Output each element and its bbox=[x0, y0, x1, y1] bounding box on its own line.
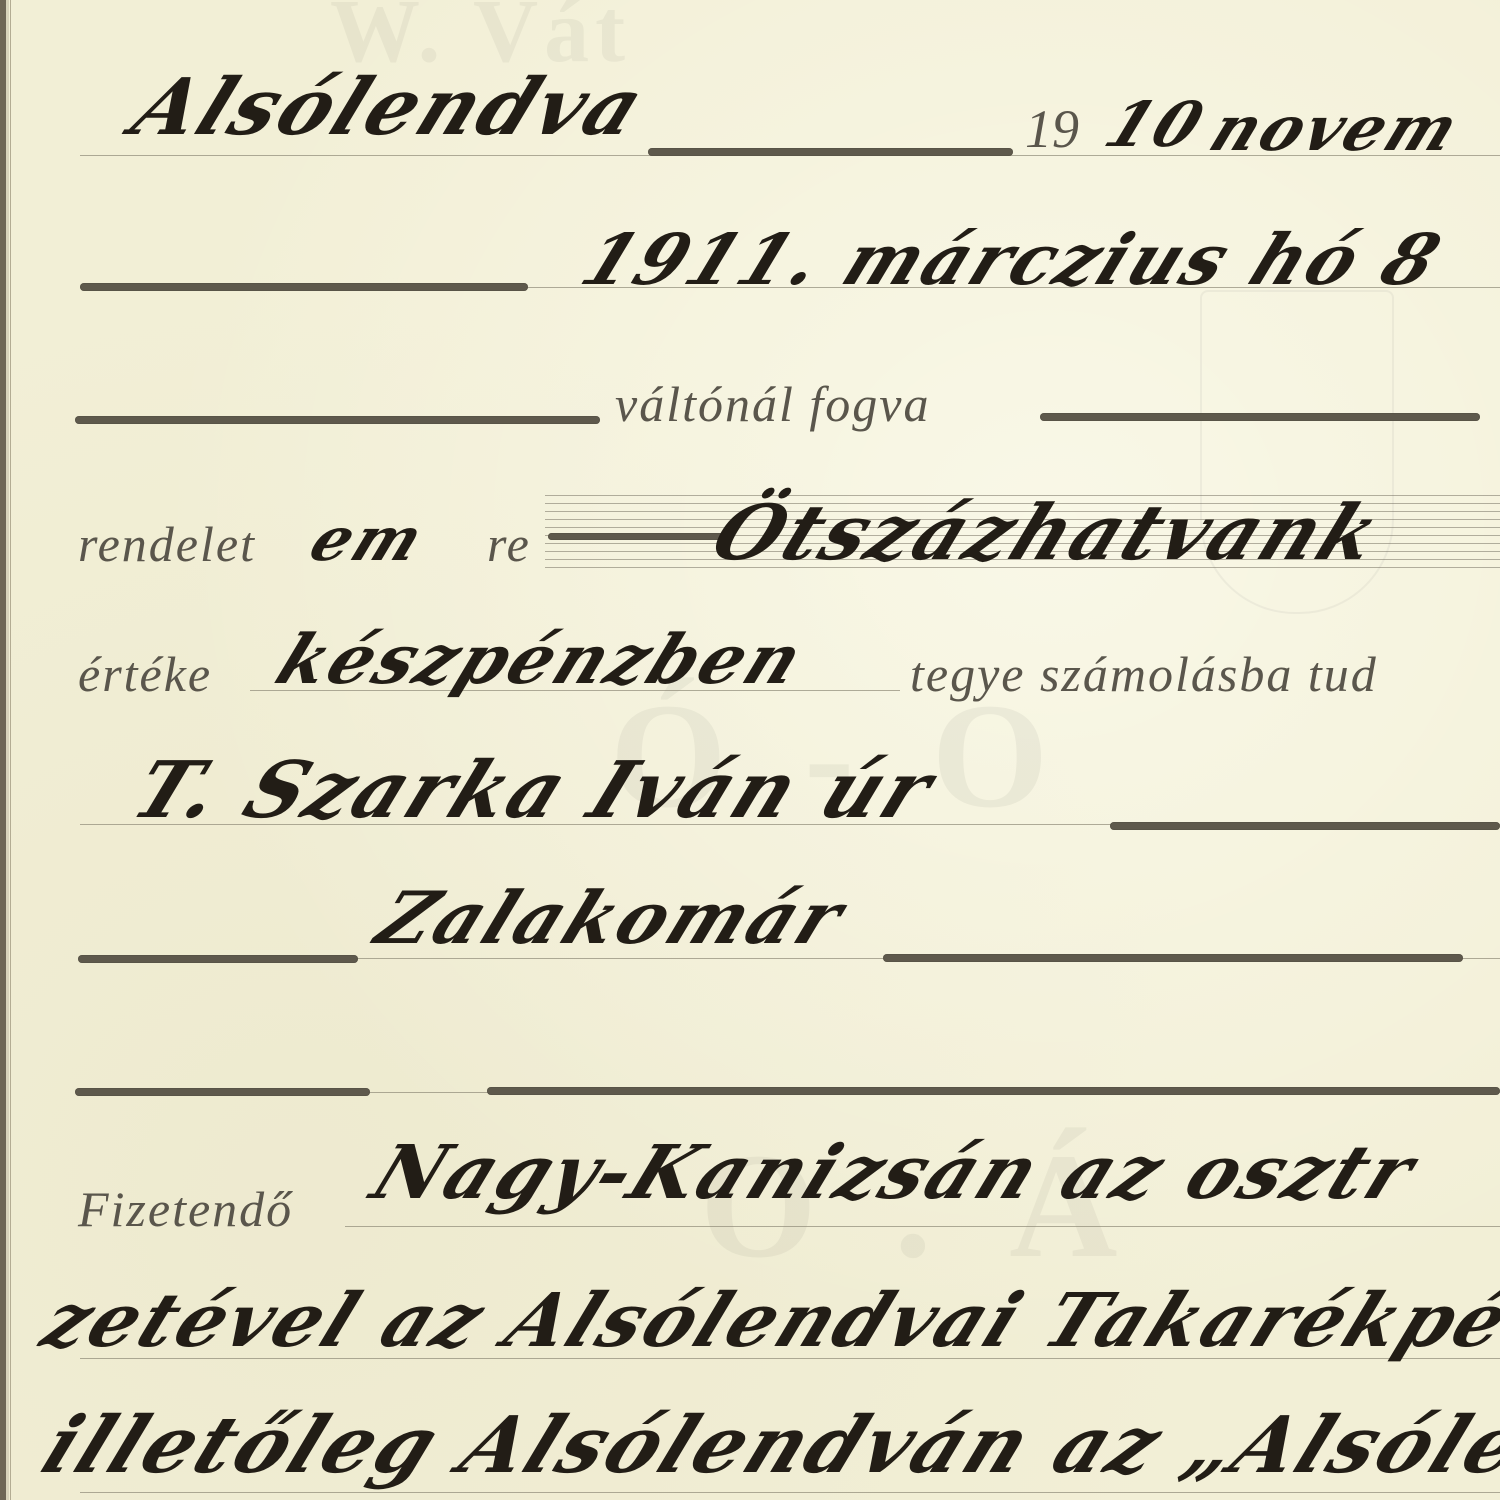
fill-bar-8a bbox=[75, 1088, 370, 1096]
fill-bar-3a bbox=[75, 416, 600, 424]
location-field: Zalakomár bbox=[365, 875, 858, 960]
payee-field: T. Szarka Iván úr bbox=[120, 745, 948, 836]
label-erteke: értéke bbox=[78, 645, 212, 703]
year-prefix: 19 bbox=[1025, 98, 1079, 160]
month-field: novem bbox=[1200, 92, 1472, 165]
document-left-edge bbox=[0, 0, 9, 1500]
place-field: Alsólendva bbox=[120, 62, 659, 153]
value-field: készpénzben bbox=[265, 620, 817, 700]
document-left-edge-line bbox=[10, 0, 11, 1500]
fill-bar-4 bbox=[548, 533, 728, 540]
document-paper: W. Vát Ó - O O . Á Alsólendva 19 10 nove… bbox=[0, 0, 1500, 1500]
label-fizetendo: Fizetendő bbox=[78, 1180, 293, 1238]
year-suffix: 10 bbox=[1095, 88, 1217, 161]
fill-bar-3b bbox=[1040, 413, 1480, 421]
label-tegye-szamolasba: tegye számolásba tud bbox=[910, 645, 1378, 703]
fill-bar-7a bbox=[78, 955, 358, 963]
fill-bar-8b bbox=[487, 1087, 1500, 1095]
fill-bar-2 bbox=[80, 283, 528, 291]
payable-at-line-2: zetével az Alsólendvai Takarékpén bbox=[30, 1278, 1500, 1364]
payable-at-field: Nagy-Kanizsán az osztr bbox=[360, 1130, 1429, 1216]
ruled-line-11 bbox=[80, 1492, 1500, 1493]
payable-at-line-3: illetőleg Alsólendván az „Alsólendva bbox=[30, 1400, 1500, 1491]
label-valtonal-fogva: váltónál fogva bbox=[615, 375, 930, 433]
fill-bar-7b bbox=[883, 954, 1463, 962]
label-rendelet: rendelet bbox=[78, 515, 256, 573]
fill-bar-6 bbox=[1110, 822, 1500, 830]
fill-bar-1 bbox=[648, 148, 1013, 156]
amount-in-words-field: Ötszázhatvank bbox=[700, 488, 1396, 577]
order-field: em bbox=[300, 505, 436, 575]
ruled-line-9 bbox=[345, 1226, 1500, 1227]
label-re: re bbox=[487, 515, 531, 573]
due-date-field: 1911. márczius hó 8 bbox=[570, 218, 1455, 301]
